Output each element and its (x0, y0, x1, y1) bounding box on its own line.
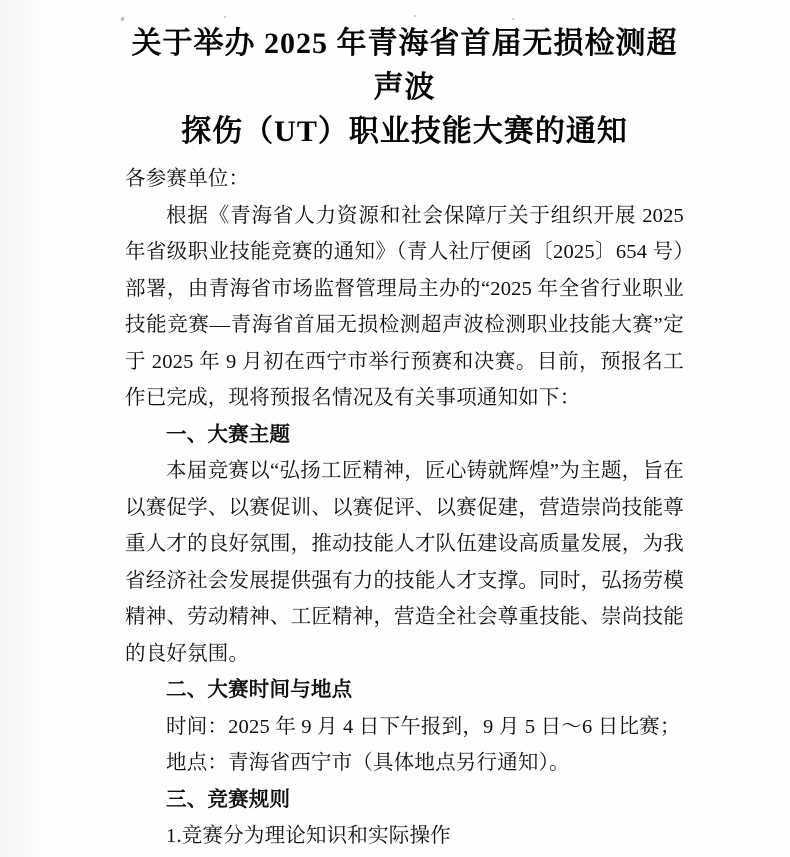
section-1-paragraph: 本届竞赛以“弘扬工匠精神，匠心铸就辉煌”为主题，旨在以赛促学、以赛促训、以赛促评… (125, 453, 684, 672)
document-page: 关于举办 2025 年青海省首届无损检测超声波 探伤（UT）职业技能大赛的通知 … (0, 0, 790, 857)
salutation: 各参赛单位： (125, 161, 684, 198)
document-body: 各参赛单位： 根据《青海省人力资源和社会保障厅关于组织开展 2025 年省级职业… (125, 161, 684, 855)
scan-speck (512, 18, 514, 20)
scan-speck (414, 15, 416, 17)
document-title-line-1: 关于举办 2025 年青海省首届无损检测超声波 (125, 22, 684, 110)
section-3-rule-line: 1.竞赛分为理论知识和实际操作 (125, 818, 684, 855)
document-title: 关于举办 2025 年青海省首届无损检测超声波 探伤（UT）职业技能大赛的通知 (125, 22, 684, 154)
scan-speck (224, 16, 226, 18)
document-title-line-2: 探伤（UT）职业技能大赛的通知 (125, 110, 684, 154)
section-3-heading: 三、竞赛规则 (125, 782, 684, 819)
scan-speck (120, 17, 124, 22)
section-2-place-line: 地点：青海省西宁市（具体地点另行通知）。 (125, 745, 684, 782)
intro-paragraph: 根据《青海省人力资源和社会保障厅关于组织开展 2025 年省级职业技能竞赛的通知… (125, 198, 684, 417)
section-2-heading: 二、大赛时间与地点 (125, 672, 684, 709)
section-2-time-line: 时间：2025 年 9 月 4 日下午报到，9 月 5 日～6 日比赛； (125, 709, 684, 746)
section-1-heading: 一、大赛主题 (125, 417, 684, 454)
